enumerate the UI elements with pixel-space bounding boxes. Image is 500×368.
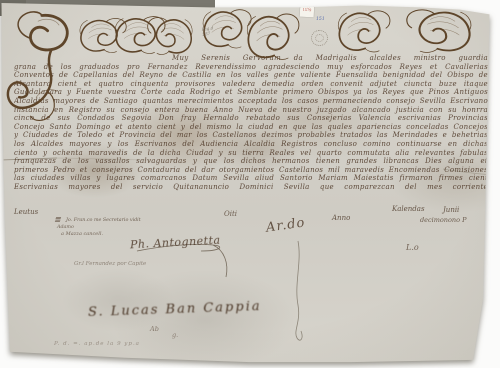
faded-signature: S. Lucas Ban Cappia (88, 299, 262, 320)
parchment-wrapper: Muy Serenis Gervorum da Madrigalis alcal… (0, 0, 500, 368)
closing-word: Anno (332, 214, 350, 222)
faint-note: Gr.l Fernandez por Capite (74, 261, 146, 267)
manuscript-line: Alcaldias mayores de Santiago quantas me… (14, 97, 488, 106)
manuscript-photo: Muy Serenis Gervorum da Madrigalis alcal… (0, 0, 500, 368)
manuscript-line: y Ciudades de Toledo et Provincia del ma… (14, 131, 488, 140)
manuscript-line: ciento y ochenta maravedis de la dicha C… (14, 149, 488, 158)
faint-mark: g. (172, 331, 178, 339)
flourish-scroll-6 (338, 11, 390, 52)
registry-bars-mark: ≣ (54, 215, 61, 224)
manuscript-line: los Alcaldes mayores y los Escrivanos de… (14, 140, 488, 149)
manuscript-line: instancia en Registro su consejo entera … (14, 106, 488, 115)
flourish-scroll-2 (115, 17, 165, 54)
archive-sticker: 483 1579 (300, 4, 315, 18)
pencil-page-note: Pag.d 287 (201, 26, 214, 37)
rubric-tail-flourish (296, 241, 302, 340)
manuscript-line: Muy Serenis Gervorum da Madrigalis alcal… (14, 54, 488, 63)
flourish-scroll-7 (407, 10, 471, 53)
flourish-scroll-5 (247, 14, 299, 59)
manuscript-line: Concejo Santo Domingo et atento cient y … (14, 123, 488, 132)
rubric-mark: Ar.do (265, 215, 306, 235)
parchment: Muy Serenis Gervorum da Madrigalis alcal… (0, 0, 500, 368)
manuscript-line: Guadalaxara y Fuente vuestra Corte cada … (14, 88, 488, 97)
closing-word: decimonono P (420, 216, 466, 224)
registry-note: Adamo (57, 225, 74, 230)
registry-note: a Mazza cancell. (61, 231, 103, 237)
registry-note: Jo. Fran.co me Secretario vidit (66, 218, 141, 223)
manuscript-line: las ciudades villas y lugares comarcanos… (14, 174, 488, 183)
archive-sticker-line: 1579 (300, 8, 314, 13)
secretary-signature: Ph. Antognetta (130, 234, 221, 252)
archive-number: 151 (316, 17, 325, 22)
closing-word: Leutus (14, 208, 38, 216)
manuscript-line: grana de los graduados pro Fernandez Rev… (14, 63, 488, 72)
flourish-scroll-3 (148, 18, 193, 55)
manuscript-line: franquezas de los vassallos salvaguardas… (14, 157, 488, 166)
faint-bottom-line: P. d. =. ap.de la 9 yp.a (54, 341, 140, 347)
manuscript-line: Conventos de Capellanias del Reyno de Ca… (14, 71, 488, 80)
manuscript-line: Escrivanias mayores del servicio Quitana… (14, 183, 488, 192)
manuscript-line: cinco de sus Condados Segovia Don fray H… (14, 114, 488, 123)
manuscript-line: Alcantara cient et quatro cinquenta prov… (14, 80, 488, 89)
closing-word: Kalendas (392, 205, 425, 213)
dry-seal-stamp (311, 30, 328, 46)
lo-mark: L.o (406, 243, 419, 252)
faint-initials: Ab (150, 325, 159, 333)
manuscript-line: primeros Pedro et consejeros Contaduria … (14, 166, 488, 175)
pencil-page-note-line: 287 (202, 31, 214, 37)
manuscript-text-block: Muy Serenis Gervorum da Madrigalis alcal… (14, 54, 488, 192)
closing-word: Junii (443, 206, 459, 214)
flourish-scroll-1 (80, 18, 126, 52)
closing-word: Oiti (224, 210, 237, 218)
